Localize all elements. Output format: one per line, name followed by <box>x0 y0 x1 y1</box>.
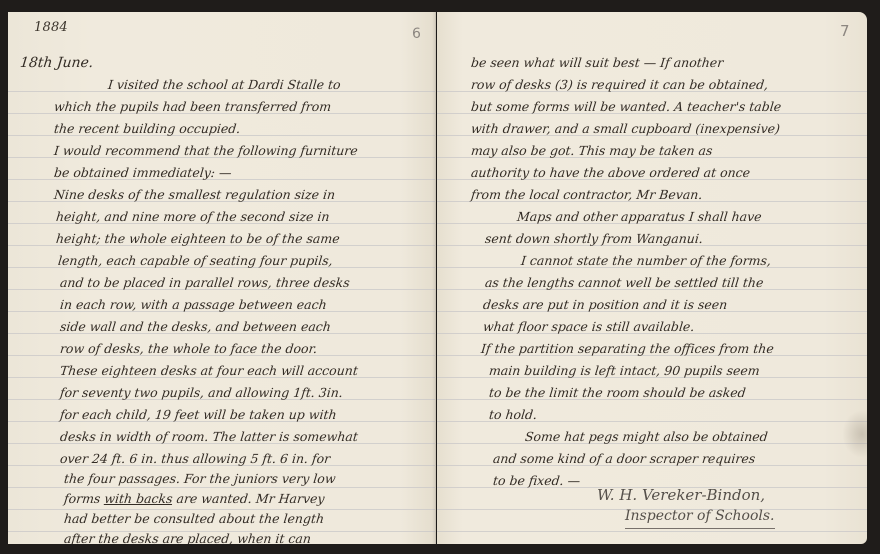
text-line: row of desks (3) is required it can be o… <box>470 74 769 96</box>
text-line: to be fixed. — <box>492 470 581 492</box>
text-line: length, each capable of seating four pup… <box>57 250 334 272</box>
text-line: Some hat pegs might also be obtained <box>524 426 769 448</box>
text-line: with drawer, and a small cupboard (inexp… <box>470 118 781 140</box>
signature-name: W. H. Vereker-Bindon, <box>597 486 765 504</box>
text-line: forms with backs are wanted. Mr Harvey <box>63 488 326 510</box>
text-line: which the pupils had been transferred fr… <box>53 96 333 118</box>
text-line: row of desks, the whole to face the door… <box>59 338 318 360</box>
year-heading: 1884 <box>34 20 68 35</box>
text-line: may also be got. This may be taken as <box>470 140 714 162</box>
text-line: desks are put in position and it is seen <box>482 294 729 316</box>
text-line: be seen what will suit best — If another <box>470 52 725 74</box>
date-heading: 18th June. <box>19 52 95 74</box>
text-line: had better be consulted about the length <box>63 508 325 530</box>
text-line: be obtained immediately: — <box>53 162 233 184</box>
text-line: and to be placed in parallel rows, three… <box>59 272 351 294</box>
text-line: the recent building occupied. <box>53 118 242 140</box>
text-line: sent down shortly from Wanganui. <box>484 228 704 250</box>
text-line: I visited the school at Dardi Stalle to <box>107 74 342 96</box>
text-line: for seventy two pupils, and allowing 1ft… <box>59 382 344 404</box>
underlined-text: with backs <box>104 491 174 506</box>
text-line: in each row, with a passage between each <box>59 294 328 316</box>
text-line: These eighteen desks at four each will a… <box>59 360 359 382</box>
text-line: Maps and other apparatus I shall have <box>516 206 763 228</box>
text-line: Nine desks of the smallest regulation si… <box>53 184 336 206</box>
text-line: If the partition separating the offices … <box>480 338 775 360</box>
text-line: but some forms will be wanted. A teacher… <box>470 96 782 118</box>
text-line: I cannot state the number of the forms, <box>520 250 772 272</box>
text-line: side wall and the desks, and between eac… <box>59 316 332 338</box>
text-line: and some kind of a door scraper requires <box>492 448 757 470</box>
right-page: 7 be seen what will suit best — If anoth… <box>437 12 867 544</box>
text-line: the four passages. For the juniors very … <box>63 468 337 490</box>
text-line: as the lengths cannot well be settled ti… <box>484 272 765 294</box>
text-line: what floor space is still available. <box>482 316 696 338</box>
text-line: from the local contractor, Mr Bevan. <box>470 184 704 206</box>
text-line: desks in width of room. The latter is so… <box>59 426 359 448</box>
text-line: over 24 ft. 6 in. thus allowing 5 ft. 6 … <box>59 448 331 470</box>
text-line: after the desks are placed, when it can <box>63 528 312 544</box>
page-number-right: 7 <box>840 22 850 40</box>
left-page: 1884 6 18th June. I visited the school a… <box>8 12 436 544</box>
text-line: main building is left intact, 90 pupils … <box>488 360 761 382</box>
text-line: I would recommend that the following fur… <box>53 140 359 162</box>
text-line: for each child, 19 feet will be taken up… <box>59 404 338 426</box>
text-segment: forms with backs are wanted. Mr Harvey <box>63 491 325 506</box>
text-line: height, and nine more of the second size… <box>55 206 331 228</box>
text-line: height; the whole eighteen to be of the … <box>55 228 341 250</box>
text-line: authority to have the above ordered at o… <box>470 162 751 184</box>
text-line: to hold. <box>488 404 538 426</box>
notebook-spread: 1884 6 18th June. I visited the school a… <box>0 0 880 554</box>
signature-title: Inspector of Schools. <box>625 508 775 529</box>
text-line: to be the limit the room should be asked <box>488 382 747 404</box>
page-number-left: 6 <box>412 26 421 42</box>
